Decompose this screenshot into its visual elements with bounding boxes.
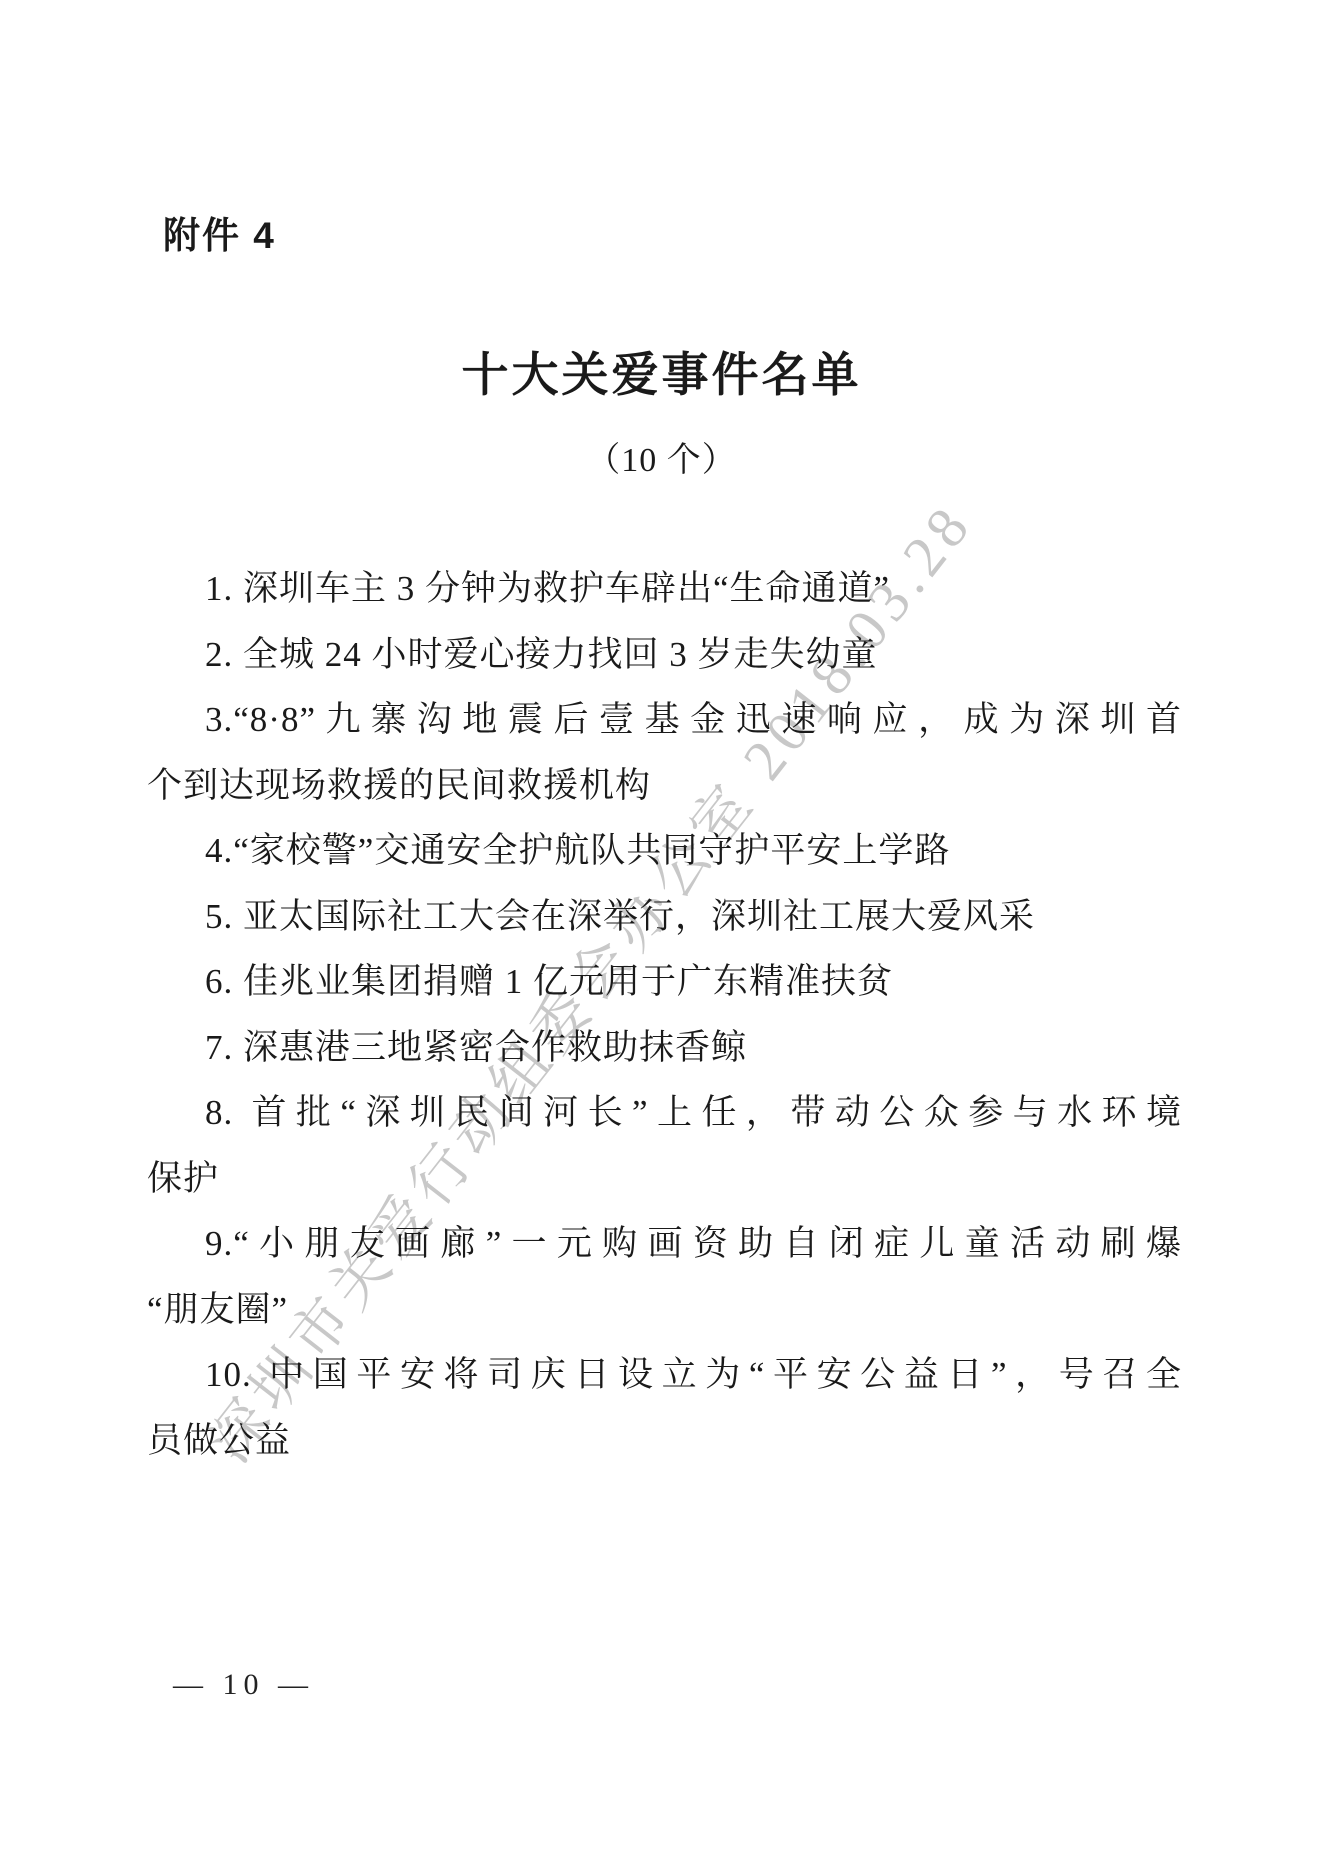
attachment-label: 附件 4 [163, 205, 276, 259]
list-item-10-line-2: 员做公益 [147, 1408, 1182, 1474]
event-list: 1. 深圳车主 3 分钟为救护车辟出“生命通道” 2. 全城 24 小时爱心接力… [147, 556, 1182, 1473]
page-number: — 10 — [173, 1668, 314, 1702]
list-item-6-line-1: 6. 佳兆业集团捐赠 1 亿元用于广东精准扶贫 [147, 949, 1182, 1015]
list-item-4-line-1: 4.“家校警”交通安全护航队共同守护平安上学路 [147, 818, 1182, 884]
list-item-3-line-1: 3.“8·8”九寨沟地震后壹基金迅速响应，成为深圳首 [147, 687, 1182, 753]
list-item-8-line-1: 8. 首批“深圳民间河长”上任，带动公众参与水环境 [147, 1080, 1182, 1146]
list-item-3-line-2: 个到达现场救援的民间救援机构 [147, 753, 1182, 819]
list-item-9-line-2: “朋友圈” [147, 1277, 1182, 1343]
document-page: 深圳市关爱行动组委会办公室 2018.03.28 附件 4 十大关爱事件名单 （… [0, 0, 1323, 1871]
list-item-1-line-1: 1. 深圳车主 3 分钟为救护车辟出“生命通道” [147, 556, 1182, 622]
list-item-10-line-1: 10. 中国平安将司庆日设立为“平安公益日”，号召全 [147, 1342, 1182, 1408]
list-item-2-line-1: 2. 全城 24 小时爱心接力找回 3 岁走失幼童 [147, 622, 1182, 688]
list-item-7-line-1: 7. 深惠港三地紧密合作救助抹香鲸 [147, 1015, 1182, 1081]
list-item-9-line-1: 9.“小朋友画廊”一元购画资助自闭症儿童活动刷爆 [147, 1211, 1182, 1277]
list-item-5-line-1: 5. 亚太国际社工大会在深举行，深圳社工展大爱风采 [147, 884, 1182, 950]
list-item-8-line-2: 保护 [147, 1146, 1182, 1212]
document-title: 十大关爱事件名单 [0, 338, 1323, 405]
document-subtitle: （10 个） [0, 432, 1323, 481]
